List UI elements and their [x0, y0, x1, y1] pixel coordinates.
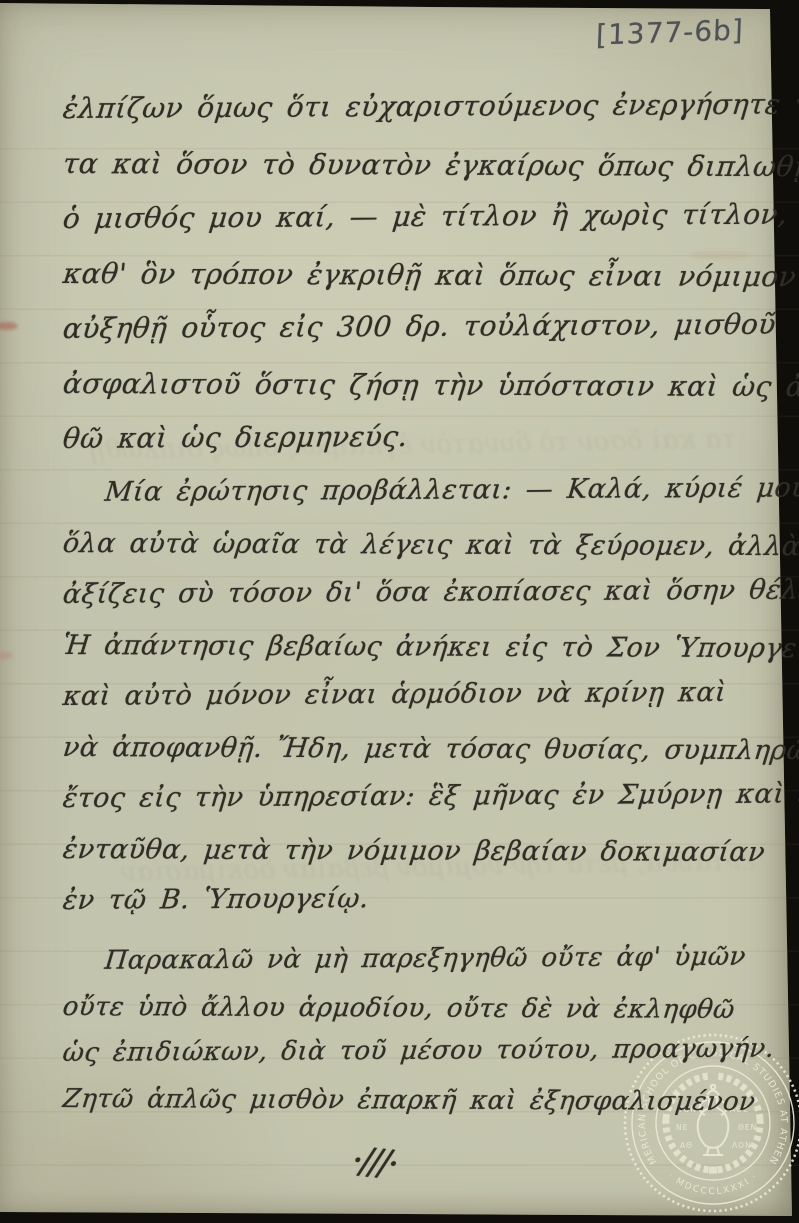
- manuscript-line: ὁ μισθός μου καί, — μὲ τίτλον ἢ χωρὶς τί…: [59, 196, 799, 257]
- manuscript-line: Παρακαλῶ νὰ μὴ παρεξηγηθῶ οὔτε ἀφ' ὑμῶν: [60, 942, 776, 992]
- paragraph-1: ἐλπίζων ὅμως ὅτι εὐχαριστούμενος ἐνεργήσ…: [62, 92, 799, 477]
- manuscript-line: Μία ἐρώτησις προβάλλεται: — Καλά, κύριέ …: [59, 472, 799, 528]
- section-end-mark: ·///·: [350, 1140, 398, 1185]
- manuscript-line: θῶ καὶ ὡς διερμηνεύς.: [59, 416, 799, 477]
- manuscript-text: ἐλπίζων ὅμως ὅτι εὐχαριστούμενος ἐνεργήσ…: [0, 0, 799, 1223]
- archival-number-label: [1377-6b]: [595, 13, 744, 51]
- manuscript-line: ἐλπίζων ὅμως ὅτι εὐχαριστούμενος ἐνεργήσ…: [59, 86, 799, 147]
- manuscript-line: ἐν τῷ Β. Ὑπουργείῳ.: [59, 880, 799, 936]
- manuscript-line: ἀξίζεις σὺ τόσον δι' ὅσα ἐκοπίασες καὶ ὅ…: [59, 574, 799, 630]
- manuscript-line: ὡς ἐπιδιώκων, διὰ τοῦ μέσου τούτου, προα…: [60, 1034, 776, 1084]
- paragraph-3: Παρακαλῶ νὰ μὴ παρεξηγηθῶ οὔτε ἀφ' ὑμῶν …: [62, 946, 773, 1130]
- scanned-letter-page: { "archival_label": "[1377-6b]", "manusc…: [0, 0, 799, 1223]
- manuscript-line: Ζητῶ ἁπλῶς μισθὸν ἐπαρκῆ καὶ ἐξησφαλισμέ…: [59, 1084, 775, 1133]
- paragraph-2: Μία ἐρώτησις προβάλλεται: — Καλά, κύριέ …: [62, 477, 799, 936]
- manuscript-line: αὐξηθῇ οὗτος εἰς 300 δρ. τοὐλάχιστον, μι…: [59, 306, 799, 367]
- manuscript-line: καὶ αὐτὸ μόνον εἶναι ἁρμόδιον νὰ κρίνῃ κ…: [59, 676, 799, 732]
- manuscript-line: ἔτος εἰς τὴν ὑπηρεσίαν: ἓξ μῆνας ἐν Σμύρ…: [59, 778, 799, 834]
